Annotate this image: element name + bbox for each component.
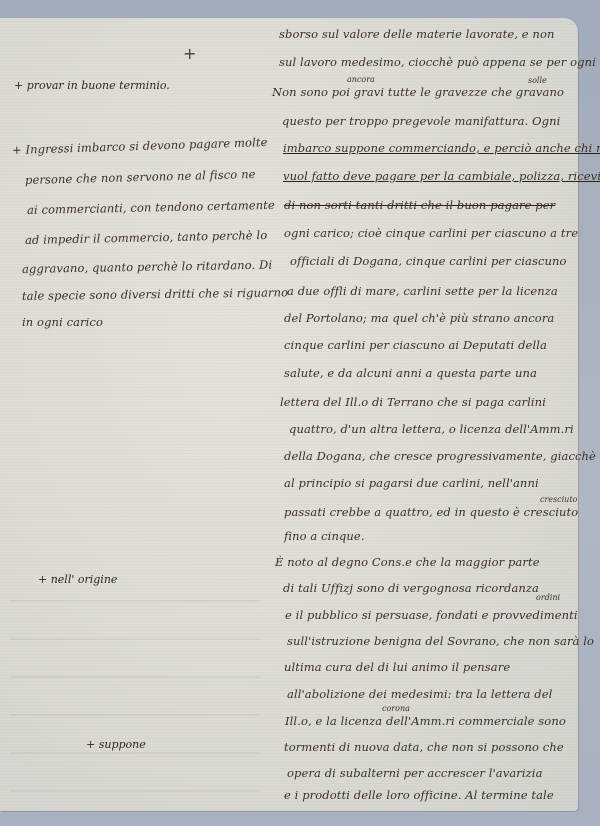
text-line: officiali di Dogana, cinque carlini per … <box>290 254 567 268</box>
text-line: lettera del Ill.o di Terrano che si paga… <box>280 395 546 409</box>
text-line: salute, e da alcuni anni a questa parte … <box>284 366 537 380</box>
text-line: tormenti di nuova data, che non si posso… <box>284 740 564 754</box>
text-line: del Portolano; ma quel ch'è più strano a… <box>284 311 554 325</box>
text-line: + Ingressi imbarco si devono pagare molt… <box>12 135 268 157</box>
text-line: sull'istruzione benigna del Sovrano, che… <box>287 634 594 648</box>
text-line: ultima cura del di lui animo il pensare <box>284 660 510 674</box>
text-line: quattro, d'un altra lettera, o licenza d… <box>289 422 574 436</box>
text-line: di tali Uffizj sono di vergognosa ricord… <box>283 581 539 595</box>
interlinear-correction: cresciuto <box>540 495 577 504</box>
text-line: persone che non servono ne al fisco ne <box>25 167 256 187</box>
text-line: cinque carlini per ciascuno ai Deputati … <box>284 338 547 352</box>
manuscript-sheet: + + provar in buone terminio. + Ingressi… <box>0 18 578 811</box>
text-line: fino a cinque. <box>284 529 365 543</box>
text-line: sul lavoro medesimo, ciocchè può appena … <box>279 55 596 69</box>
text-line: a due offli di mare, carlini sette per l… <box>287 284 558 298</box>
margin-note: + suppone <box>86 738 146 751</box>
text-line: all'abolizione dei medesimi: tra la lett… <box>287 687 552 701</box>
text-line: questo per troppo pregevole manifattura.… <box>282 114 560 128</box>
text-line: in ogni carico <box>22 315 103 329</box>
interlinear-correction: ancora <box>347 75 375 84</box>
text-line: aggravano, quanto perchè lo ritardano. D… <box>22 258 272 276</box>
text-line: sborso sul valore delle materie lavorate… <box>279 27 554 41</box>
text-line-cancelled: imbarco suppone commerciando, e perciò a… <box>283 141 600 155</box>
text-line: ai commercianti, con tendono certamente <box>27 198 275 217</box>
text-line: della Dogana, che cresce progressivament… <box>284 449 596 463</box>
text-line: opera di subalterni per accrescer l'avar… <box>287 766 543 780</box>
text-line: Non sono poi gravi tutte le gravezze che… <box>272 85 564 99</box>
interlinear-correction: corona <box>382 704 410 713</box>
text-line: al principio si pagarsi due carlini, nel… <box>284 476 539 490</box>
text-line-cancelled: di non sorti tanti dritti che il buon pa… <box>284 198 555 212</box>
text-line: ogni carico; cioè cinque carlini per cia… <box>284 226 578 240</box>
text-line: e il pubblico si persuase, fondati e pro… <box>285 608 578 622</box>
text-line: tale specie sono diversi dritti che si r… <box>22 285 288 303</box>
text-line: passati crebbe a quattro, ed in questo è… <box>284 505 578 519</box>
text-line-cancelled: vuol fatto deve pagare per la cambiale, … <box>283 169 600 183</box>
text-line: Ill.o, e la licenza dell'Amm.ri commerci… <box>285 714 566 728</box>
margin-note: + nell' origine <box>38 573 117 586</box>
text-line: ad impedir il commercio, tanto perchè lo <box>25 228 268 247</box>
text-line: È noto al degno Cons.e che la maggior pa… <box>275 555 540 569</box>
plus-mark: + <box>183 46 196 62</box>
interlinear-correction: ordini <box>536 593 560 602</box>
interlinear-correction: solle <box>528 76 547 85</box>
text-line: e i prodotti delle loro officine. Al ter… <box>284 788 554 802</box>
bleed-through-ink <box>10 578 260 808</box>
margin-note: + provar in buone terminio. <box>14 79 170 92</box>
